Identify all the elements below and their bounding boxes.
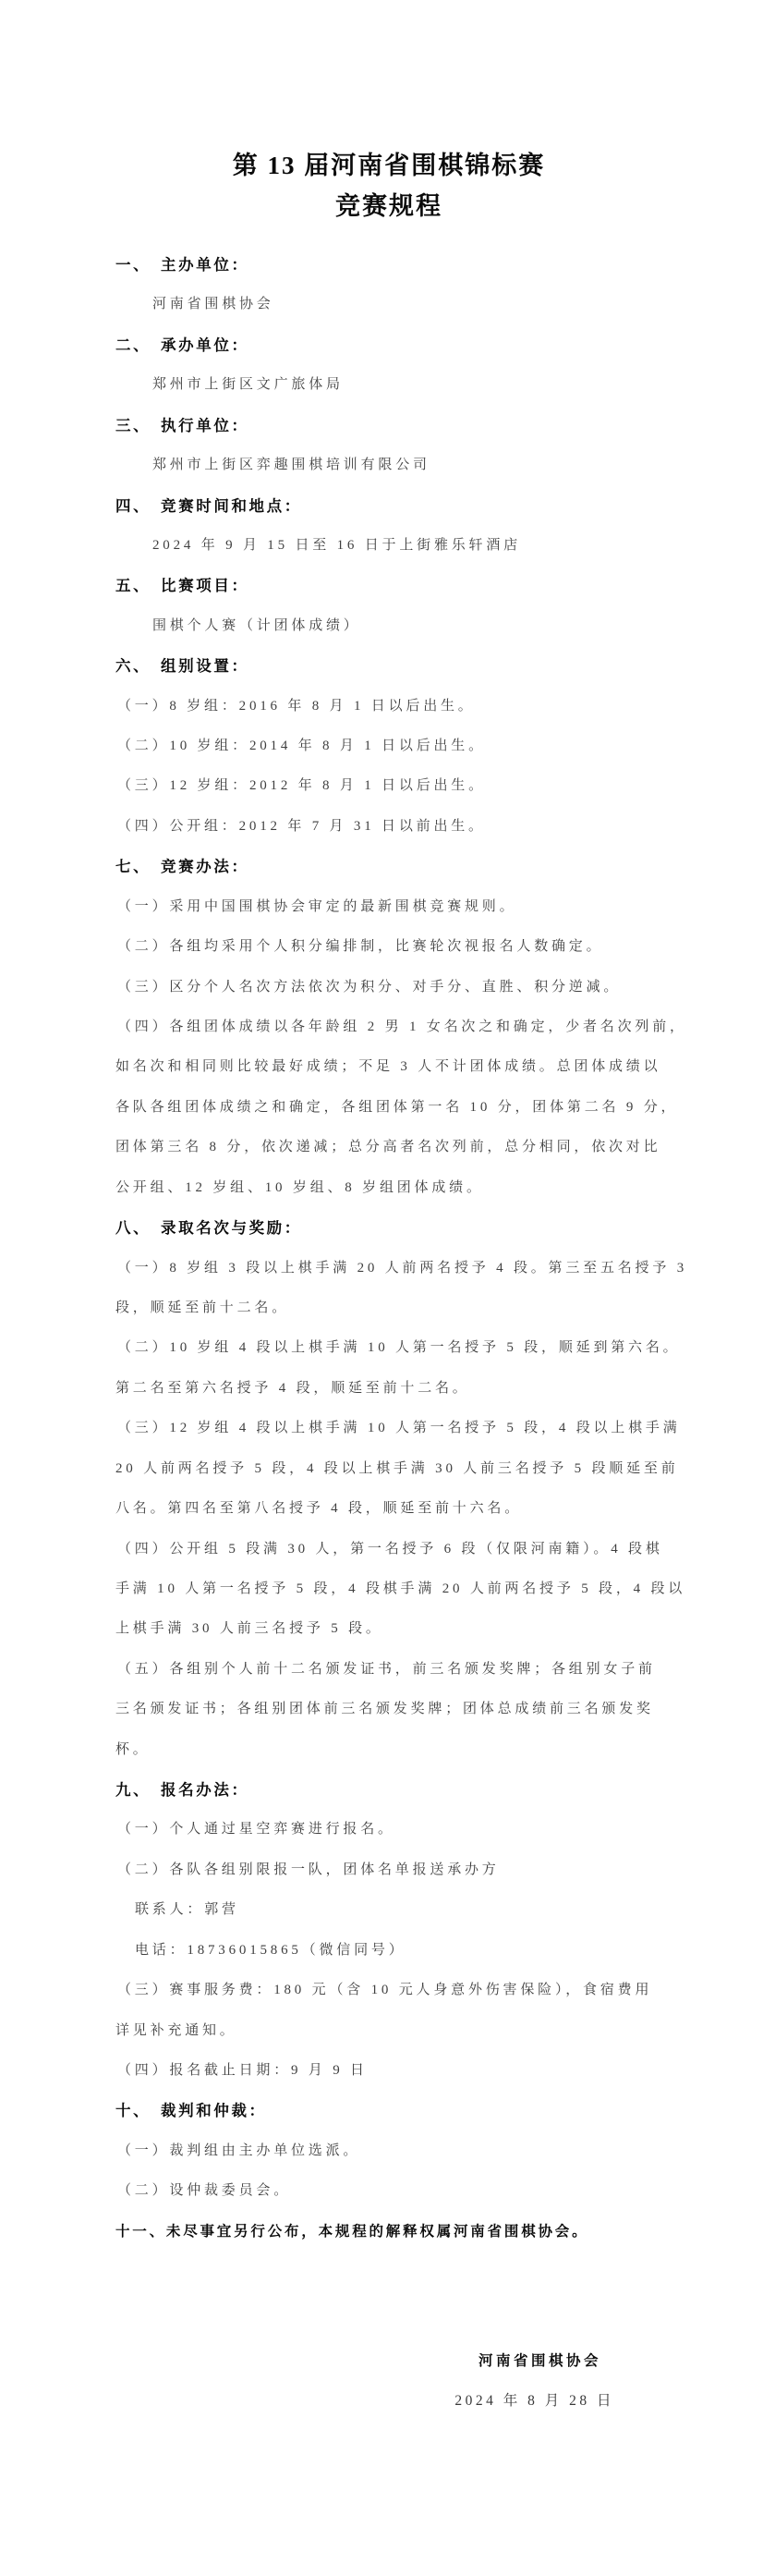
doc-line-cont: 第二名至第六名授予 4 段，顺延至前十二名。	[115, 1369, 662, 1409]
doc-line-heading: 六、 组别设置：	[115, 646, 662, 686]
doc-line-body: 2024 年 9 月 15 日至 16 日于上街雅乐轩酒店	[115, 526, 662, 566]
doc-line-heading: 一、 主办单位：	[115, 245, 662, 285]
doc-line-heading: 八、 录取名次与奖励：	[115, 1208, 662, 1248]
doc-line-cont: 杯。	[115, 1730, 662, 1770]
doc-line-item: （五）各组别个人前十二名颁发证书，前三名颁发奖牌；各组别女子前	[115, 1650, 662, 1690]
doc-line-item: （二）各队各组别限报一队，团体名单报送承办方	[115, 1850, 662, 1890]
doc-line-body: 围棋个人赛（计团体成绩）	[115, 606, 662, 646]
doc-line-cont: 团体第三名 8 分，依次递减；总分高者名次列前，总分相同，依次对比	[115, 1128, 662, 1167]
doc-line-body: 郑州市上街区弈趣围棋培训有限公司	[115, 446, 662, 485]
doc-line-item: （三）区分个人名次方法依次为积分、对手分、直胜、积分逆减。	[115, 968, 662, 1007]
doc-line-item: （三）12 岁组 4 段以上棋手满 10 人第一名授予 5 段，4 段以上棋手满	[115, 1409, 662, 1448]
doc-line-item: （一）采用中国围棋协会审定的最新围棋竞赛规则。	[115, 887, 662, 927]
signature-org: 河南省围棋协会	[115, 2341, 662, 2381]
document-page: 第 13 届河南省围棋锦标赛 竞赛规程 一、 主办单位：河南省围棋协会二、 承办…	[0, 0, 763, 2576]
title-line-1: 第 13 届河南省围棋锦标赛	[115, 145, 662, 186]
doc-line-item: （四）各组团体成绩以各年龄组 2 男 1 女名次之和确定，少者名次列前，	[115, 1007, 662, 1047]
doc-line-item: （二）10 岁组 4 段以上棋手满 10 人第一名授予 5 段，顺延到第六名。	[115, 1328, 662, 1368]
doc-line-contact: 联系人：郭营	[115, 1890, 662, 1930]
doc-line-item: （一）个人通过星空弈赛进行报名。	[115, 1810, 662, 1850]
doc-line-cont: 20 人前两名授予 5 段，4 段以上棋手满 30 人前三名授予 5 段顺延至前	[115, 1449, 662, 1489]
doc-line-item: （二）设仲裁委员会。	[115, 2171, 662, 2211]
doc-line-heading: 二、 承办单位：	[115, 325, 662, 365]
doc-line-item: （二）10 岁组：2014 年 8 月 1 日以后出生。	[115, 726, 662, 766]
signature-date: 2024 年 8 月 28 日	[115, 2381, 662, 2421]
document-body: 一、 主办单位：河南省围棋协会二、 承办单位：郑州市上街区文广旅体局三、 执行单…	[115, 245, 662, 2252]
doc-line-cont: 公开组、12 岁组、10 岁组、8 岁组团体成绩。	[115, 1168, 662, 1208]
document-title: 第 13 届河南省围棋锦标赛 竞赛规程	[115, 145, 662, 226]
doc-line-item: （四）公开组 5 段满 30 人，第一名授予 6 段（仅限河南籍）。4 段棋	[115, 1530, 662, 1569]
doc-line-heading: 四、 竞赛时间和地点：	[115, 486, 662, 526]
doc-line-item: （一）8 岁组 3 段以上棋手满 20 人前两名授予 4 段。第三至五名授予 3	[115, 1249, 662, 1288]
doc-line-heading: 九、 报名办法：	[115, 1770, 662, 1810]
doc-line-heading: 五、 比赛项目：	[115, 566, 662, 605]
doc-line-item: （二）各组均采用个人积分编排制，比赛轮次视报名人数确定。	[115, 927, 662, 967]
doc-line-heading: 三、 执行单位：	[115, 406, 662, 446]
signature-block: 河南省围棋协会 2024 年 8 月 28 日	[115, 2341, 662, 2422]
doc-line-contact: 电话：18736015865（微信同号）	[115, 1931, 662, 1971]
doc-line-heading: 七、 竞赛办法：	[115, 847, 662, 886]
doc-line-body: 河南省围棋协会	[115, 285, 662, 324]
doc-line-cont: 八名。第四名至第八名授予 4 段，顺延至前十六名。	[115, 1489, 662, 1529]
title-line-2: 竞赛规程	[115, 186, 662, 226]
doc-line-cont: 如名次和相同则比较最好成绩；不足 3 人不计团体成绩。总团体成绩以	[115, 1047, 662, 1087]
doc-line-item: （三）赛事服务费：180 元（含 10 元人身意外伤害保险），食宿费用	[115, 1971, 662, 2010]
doc-line-item: （四）报名截止日期：9 月 9 日	[115, 2051, 662, 2091]
doc-line-body: 郑州市上街区文广旅体局	[115, 365, 662, 405]
doc-line-item: （一）裁判组由主办单位选派。	[115, 2131, 662, 2171]
doc-line-bold: 十一、未尽事宜另行公布，本规程的解释权属河南省围棋协会。	[115, 2212, 662, 2252]
doc-line-cont: 详见补充通知。	[115, 2011, 662, 2051]
doc-line-cont: 段，顺延至前十二名。	[115, 1288, 662, 1328]
doc-line-item: （三）12 岁组：2012 年 8 月 1 日以后出生。	[115, 766, 662, 806]
doc-line-heading: 十、 裁判和仲裁：	[115, 2091, 662, 2130]
doc-line-cont: 各队各组团体成绩之和确定，各组团体第一名 10 分，团体第二名 9 分，	[115, 1088, 662, 1128]
doc-line-item: （四）公开组：2012 年 7 月 31 日以前出生。	[115, 807, 662, 847]
doc-line-cont: 三名颁发证书；各组别团体前三名颁发奖牌；团体总成绩前三名颁发奖	[115, 1690, 662, 1729]
doc-line-cont: 手满 10 人第一名授予 5 段，4 段棋手满 20 人前两名授予 5 段，4 …	[115, 1569, 662, 1609]
doc-line-cont: 上棋手满 30 人前三名授予 5 段。	[115, 1609, 662, 1649]
doc-line-item: （一）8 岁组：2016 年 8 月 1 日以后出生。	[115, 687, 662, 726]
